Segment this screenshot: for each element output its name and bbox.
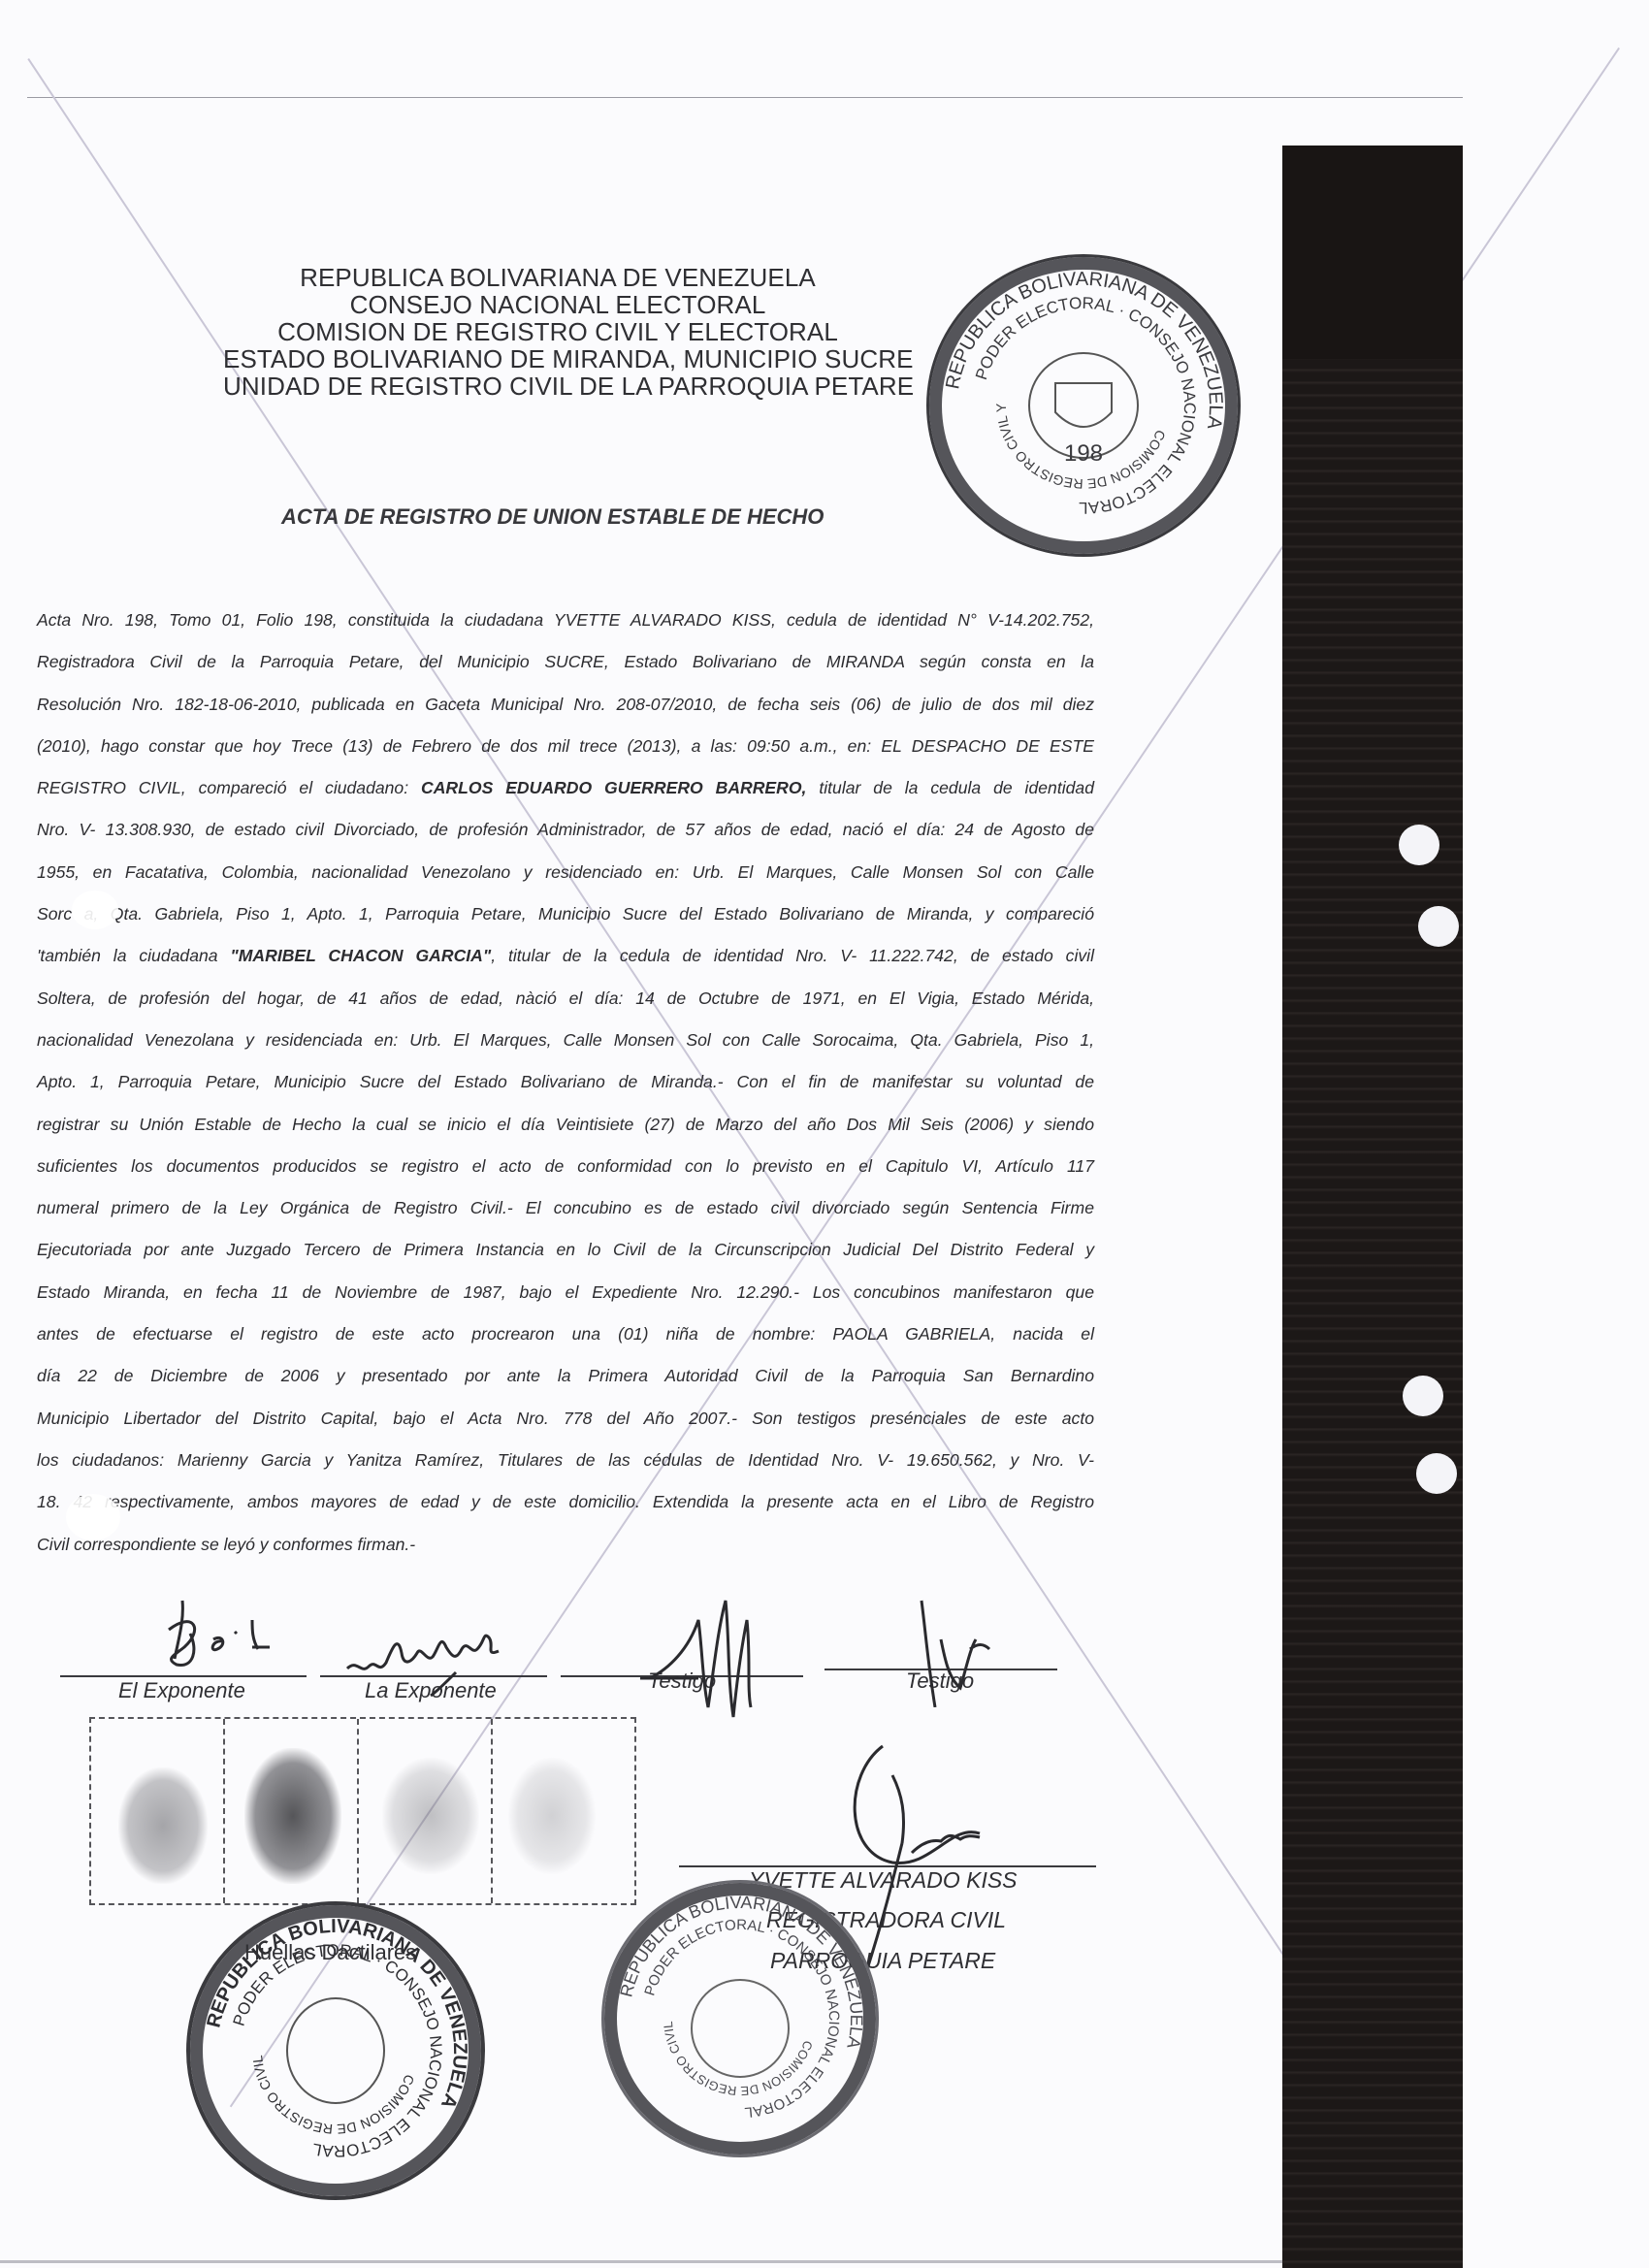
handwritten-signature bbox=[640, 1591, 766, 1727]
body-text-line: 1955, en Facatativa, Colombia, nacionali… bbox=[37, 852, 1094, 893]
body-text-line: REGISTRO CIVIL, compareció el ciudadano:… bbox=[37, 767, 1094, 809]
body-text-line: Registradora Civil de la Parroquia Petar… bbox=[37, 641, 1094, 683]
handwritten-signature bbox=[902, 1591, 1009, 1707]
bold-name: "MARIBEL CHACON GARCIA" bbox=[230, 946, 491, 965]
punch-hole bbox=[1416, 1453, 1457, 1494]
scan-top-edge-line bbox=[27, 97, 1463, 98]
header-line: UNIDAD DE REGISTRO CIVIL DE LA PARROQUIA… bbox=[223, 373, 892, 400]
body-text-line: registrar su Unión Estable de Hecho la c… bbox=[37, 1104, 1094, 1146]
body-text-line: día 22 de Diciembre de 2006 y presentado… bbox=[37, 1355, 1094, 1397]
bold-name: CARLOS EDUARDO GUERRERO BARRERO, bbox=[421, 778, 806, 797]
body-text-line: Civil correspondiente se leyó y conforme… bbox=[37, 1524, 1094, 1566]
header-line: ESTADO BOLIVARIANO DE MIRANDA, MUNICIPIO… bbox=[223, 345, 892, 373]
stamp-number: 198 bbox=[1064, 440, 1103, 467]
body-text-line: nacionalidad Venezolana y residenciada e… bbox=[37, 1020, 1094, 1061]
body-text-line: antes de efectuarse el registro de este … bbox=[37, 1313, 1094, 1355]
fingerprint-box bbox=[89, 1717, 636, 1905]
fingerprint bbox=[382, 1758, 479, 1874]
body-text-line: Sorc a, Qta. Gabriela, Piso 1, Apto. 1, … bbox=[37, 893, 1094, 935]
body-text-line: Municipio Libertador del Distrito Capita… bbox=[37, 1398, 1094, 1440]
body-text-line: Resolución Nro. 182-18-06-2010, publicad… bbox=[37, 684, 1094, 726]
handwritten-signature bbox=[155, 1591, 281, 1678]
header-line: COMISION DE REGISTRO CIVIL Y ELECTORAL bbox=[223, 318, 892, 345]
body-text-line: Soltera, de profesión del hogar, de 41 a… bbox=[37, 978, 1094, 1020]
body-text-line: los ciudadanos: Marienny Garcia y Yanitz… bbox=[37, 1440, 1094, 1481]
fingerprint bbox=[244, 1748, 341, 1884]
punch-hole bbox=[1418, 906, 1459, 947]
body-text-line: numeral primero de la Ley Orgánica de Re… bbox=[37, 1187, 1094, 1229]
official-seal-stamp: REPUBLICA BOLIVARIANA DE VENEZUELA PODER… bbox=[926, 254, 1241, 557]
body-text-line: suficientes los documentos producidos se… bbox=[37, 1146, 1094, 1187]
body-text-line: Acta Nro. 198, Tomo 01, Folio 198, const… bbox=[37, 599, 1094, 641]
body-text-line: 'también la ciudadana "MARIBEL CHACON GA… bbox=[37, 935, 1094, 977]
fingerprints-label: Huellas Dactilares bbox=[244, 1940, 416, 1965]
official-seal-stamp: REPUBLICA BOLIVARIANA DE VENEZUELA PODER… bbox=[601, 1880, 879, 2157]
body-text-line: Ejecutoriada por ante Juzgado Tercero de… bbox=[37, 1229, 1094, 1271]
scan-artifact-blob bbox=[66, 1494, 120, 1540]
signature-label-el-exponente: El Exponente bbox=[118, 1678, 245, 1703]
body-text-line: (2010), hago constar que hoy Trece (13) … bbox=[37, 726, 1094, 767]
handwritten-signature bbox=[339, 1630, 543, 1698]
fingerprint bbox=[508, 1758, 596, 1874]
document-body: Acta Nro. 198, Tomo 01, Folio 198, const… bbox=[37, 599, 1094, 1566]
punch-hole bbox=[1399, 825, 1439, 865]
body-text-line: 18. 42 respectivamente, ambos mayores de… bbox=[37, 1481, 1094, 1523]
scanned-dark-edge-strip bbox=[1282, 146, 1463, 2268]
punch-hole bbox=[1403, 1376, 1443, 1416]
scan-bottom-edge bbox=[0, 2260, 1319, 2263]
scan-artifact-blob bbox=[72, 891, 118, 929]
document-title: ACTA DE REGISTRO DE UNION ESTABLE DE HEC… bbox=[281, 504, 824, 530]
body-text-line: Nro. V- 13.308.930, de estado civil Divo… bbox=[37, 809, 1094, 851]
body-text-line: Estado Miranda, en fecha 11 de Noviembre… bbox=[37, 1272, 1094, 1313]
fingerprint bbox=[118, 1767, 208, 1884]
body-text-line: Apto. 1, Parroquia Petare, Municipio Suc… bbox=[37, 1061, 1094, 1103]
document-header: REPUBLICA BOLIVARIANA DE VENEZUELA CONSE… bbox=[223, 264, 892, 400]
header-line: CONSEJO NACIONAL ELECTORAL bbox=[223, 291, 892, 318]
header-line: REPUBLICA BOLIVARIANA DE VENEZUELA bbox=[223, 264, 892, 291]
